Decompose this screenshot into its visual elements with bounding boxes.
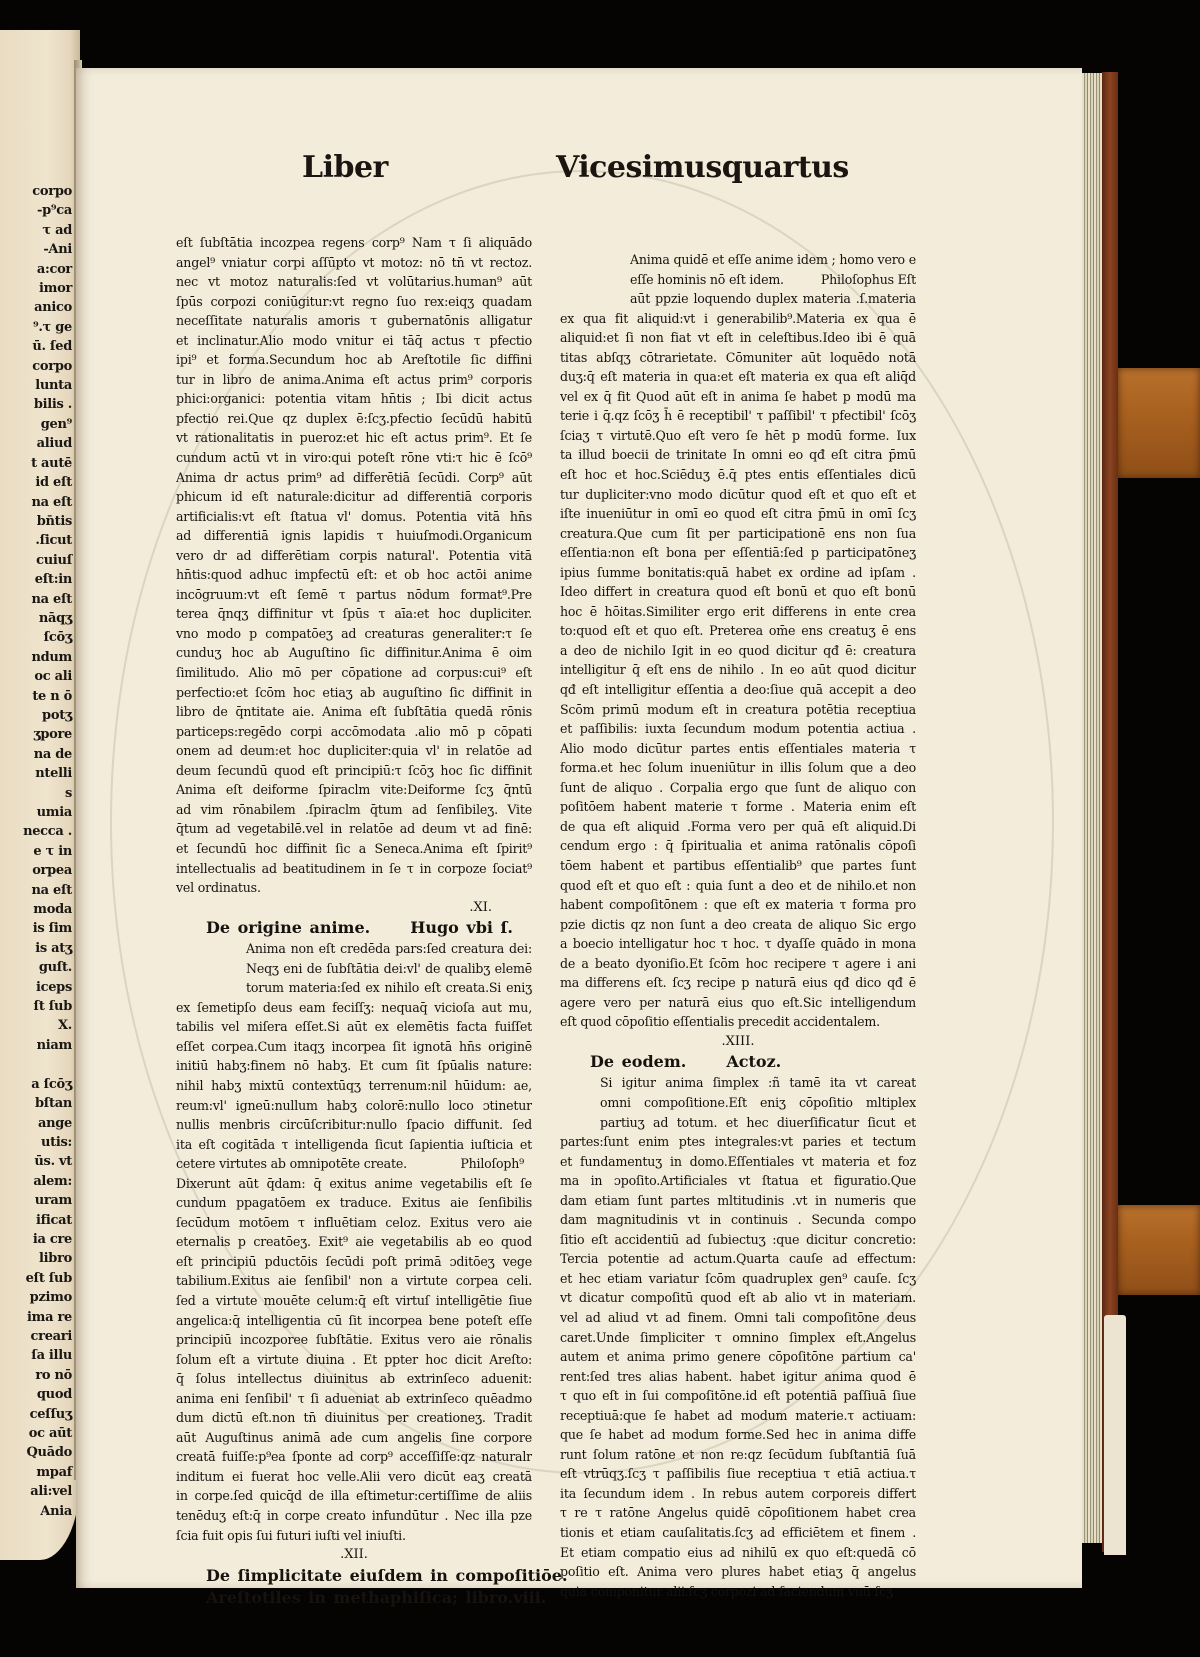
text-line: Anima non eſt credēda pars:ſed creatura … — [176, 939, 532, 959]
chapter-rubric-xi: De origine anime.Hugo vbi ſ. — [176, 917, 532, 939]
margin-fragment: id eſt — [2, 473, 72, 492]
text-line: ad differentiā ignis lapidis τ huiuſmodi… — [176, 526, 532, 546]
facing-left-page: corpo-p⁹caτ ad-Ania:corimoranico⁹.τ geū.… — [0, 30, 80, 1560]
text-line: que ſe habet ad modum forme.Sed hec in a… — [560, 1425, 916, 1445]
text-line: et ſecundū hoc diffinit ſic a Seneca.Ani… — [176, 839, 532, 859]
text-line: cendum ergo : q̄ ſpiritualia et anima ra… — [560, 836, 916, 856]
text-line: pfectio rei.Que qz duplex ē:ſcʒ.pfectio … — [176, 409, 532, 429]
text-line: runt ſolum ratōne et non re:qz ſecūdum ſ… — [560, 1445, 916, 1465]
margin-fragment: uram — [2, 1191, 72, 1210]
margin-fragment: ūs. vt — [2, 1152, 72, 1171]
margin-fragment: is atʒ — [2, 939, 72, 958]
text-line: dam magnitudinis vt in continuis . Secun… — [560, 1210, 916, 1230]
margin-fragment: a:cor — [2, 260, 72, 279]
chapter-number-xi: .XI. — [176, 898, 532, 918]
text-line: autem et anima primo genere cōpoſitōne p… — [560, 1347, 916, 1367]
margin-fragment: bſtan — [2, 1094, 72, 1113]
text-line: qđ eſt intelligitur eſſentia a deo:ſiue … — [560, 680, 916, 700]
margin-fragment: ſt ſub — [2, 997, 72, 1016]
text-line: caret.Unde ſimpliciter τ omnino ſimplex … — [560, 1328, 916, 1348]
text-line: a boecio intelligatur hoc τ hoc. τ dyaſſ… — [560, 934, 916, 954]
text-line: cundum ppagatōem ex traduce. Exitus aie … — [176, 1193, 532, 1213]
margin-fragment: X. — [2, 1016, 72, 1035]
text-line: eſt principiū pductōis ſecūdi poſt primā… — [176, 1252, 532, 1272]
chapter-xiii-body: Si igitur anima ſimplex :ñ tamē ita vt c… — [560, 1073, 916, 1601]
text-line: pzie dictis qz non ſunt a deo creata de … — [560, 915, 916, 935]
text-line: Neqʒ eni de ſubſtātia dei:vl' de qualibʒ… — [176, 959, 532, 979]
margin-fragment: potʒ — [2, 706, 72, 725]
text-line: rent:ſed tres alias habent. habet igitur… — [560, 1367, 916, 1387]
text-line: onem ad deum:et hoc dupliciter:quia vl' … — [176, 741, 532, 761]
text-column-right: Anima quidē et eſſe anime idem ; homo ve… — [560, 250, 916, 1601]
rubric-author: Hugo vbi ſ. — [410, 918, 513, 937]
text-line: ipius ſumme bonitatis:quā habet ex ordin… — [560, 563, 916, 583]
text-line: de qua eſt aliquid .Forma vero per quā e… — [560, 817, 916, 837]
text-line: et fundamentuʒ in domo.Eſſentiales vt ma… — [560, 1152, 916, 1172]
rubric-author: Actoz. — [726, 1052, 781, 1071]
text-line: reum:vl' igneū:nullum habʒ colorē:nullo … — [176, 1096, 532, 1116]
text-line: ma in ɔpoſito.Artificiales vt ſtatua et … — [560, 1171, 916, 1191]
text-line: et hec etiam variatur ſcōm quadruplex ge… — [560, 1269, 916, 1289]
margin-fragment: ſa illu — [2, 1346, 72, 1365]
text-line: ſecūdum motōem τ influētiam celoz. Exitu… — [176, 1213, 532, 1233]
text-line: ſciaʒ τ virtutē.Quo eſt vero ſe hēt p mo… — [560, 426, 916, 446]
margin-fragment: nāqʒ — [2, 609, 72, 628]
margin-fragment: corpo — [2, 357, 72, 376]
text-line: Scōm primū modum eſt in creatura potētia… — [560, 700, 916, 720]
margin-fragment: imor — [2, 279, 72, 298]
margin-fragment: ali:vel — [2, 1482, 72, 1501]
margin-fragment: quod — [2, 1385, 72, 1404]
text-line: deum ſecundū quod eſt principiū:τ ſcōʒ h… — [176, 761, 532, 781]
text-line: in corpe.ſed quicq̄d de illa eſtimetur:c… — [176, 1486, 532, 1506]
text-line: ſimilitudo. Alio mō per cōpatione ad cor… — [176, 663, 532, 683]
text-line: principiū incozporee ſubſtātie. Exitus v… — [176, 1330, 532, 1350]
text-line: eſt ſubſtātia incozpea regens corp⁹ Nam … — [176, 233, 532, 253]
text-line: Si igitur anima ſimplex :ñ tamē ita vt c… — [560, 1073, 916, 1093]
text-line: creatura.Que cum ſit per participationē … — [560, 524, 916, 544]
text-line: initiū habʒ:finem nō habʒ. Et cum ſit ſp… — [176, 1056, 532, 1076]
text-line: aliquid:et ſi non fiat vt eſt in celeſti… — [560, 328, 916, 348]
page-tab-marker — [1104, 1315, 1126, 1555]
text-line: ita eſt cogitāda τ intelligenda ſicut ſa… — [176, 1135, 532, 1155]
margin-fragment: niam — [2, 1036, 72, 1055]
text-line: ſunt de aliquo . Corpalia ergo que ſunt … — [560, 778, 916, 798]
margin-fragment: ima re — [2, 1308, 72, 1327]
text-line: nihil habʒ mixtū contextūqʒ terrenum:nil… — [176, 1076, 532, 1096]
text-column-left: eſt ſubſtātia incozpea regens corp⁹ Nam … — [176, 233, 532, 1609]
margin-fragment: ⁹.τ ge — [2, 318, 72, 337]
margin-fragment: na de — [2, 745, 72, 764]
margin-fragment: ū. ſed — [2, 337, 72, 356]
margin-fragment: moda — [2, 900, 72, 919]
text-line: τ quo eſt in ſui compoſitōne.id eſt pote… — [560, 1386, 916, 1406]
margin-fragment: aliud — [2, 434, 72, 453]
text-line: ſed a virtute mouēte celum:q̄ eſt virtuſ… — [176, 1291, 532, 1311]
margin-fragment: .ſicut — [2, 531, 72, 550]
margin-fragment: na eſt — [2, 881, 72, 900]
page-edges — [1082, 73, 1102, 1543]
text-line: et inclinatur.Alio modo vnitur ei tāq̄ a… — [176, 331, 532, 351]
text-line: ſpūs corpozi coniūgitur:vt regno ſuo rex… — [176, 292, 532, 312]
text-line: poſitio eſt. Anima vero plures habet eti… — [560, 1562, 916, 1582]
text-line: inditum ei fuerat hoc velle.Alii vero di… — [176, 1467, 532, 1487]
text-line: perfectio:et ſcōm hoc etiaʒ ab auguſtino… — [176, 683, 532, 703]
text-line: vel ex q̄ fit Quod aūt eſt in anima ſe h… — [560, 387, 916, 407]
margin-fragment: na eſt — [2, 590, 72, 609]
text-line: libro de q̄ntitate aie. Anima eſt ſubſtā… — [176, 702, 532, 722]
margin-fragment: -Ani — [2, 240, 72, 259]
text-line: ex qua fit aliquid:vt i generabilib⁹.Mat… — [560, 309, 916, 329]
margin-fragment: ange — [2, 1114, 72, 1133]
margin-fragment: lunta — [2, 376, 72, 395]
text-line: tur in libro de anima.Anima eſt actus pr… — [176, 370, 532, 390]
text-line: torum materia:ſed ex nihilo eſt creata.S… — [176, 978, 532, 998]
text-line: tionis et etiam cauſalitatis.ſcʒ ad effi… — [560, 1523, 916, 1543]
rubric-title: De eodem. — [590, 1052, 686, 1071]
margin-fragment: libro — [2, 1249, 72, 1268]
text-line: ex ſemetipſo deus eam feciſſʒ: nequaq̄ v… — [176, 998, 532, 1018]
chapter-rubric-xii-author: Areſtotiles in methaphiſica; libro.viii. — [176, 1587, 532, 1609]
text-line: eſſet corpea.Cum itaqʒ incorpea ſit igno… — [176, 1037, 532, 1057]
text-line: nec vt motoz naturalis:ſed vt volūtarius… — [176, 272, 532, 292]
margin-fragment: -p⁹ca — [2, 201, 72, 220]
margin-fragment: alem: — [2, 1172, 72, 1191]
text-line: to:quod eſt et quo eſt. Preterea om̄e en… — [560, 621, 916, 641]
margin-fragment: pzimo — [2, 1288, 72, 1307]
text-line: Tercia potentie ad actum.Quarta cauſe ad… — [560, 1249, 916, 1269]
chapter-number-xiii: .XIII. — [560, 1032, 916, 1052]
margin-fragment: necca . — [2, 822, 72, 841]
margin-fragment: gen⁹ — [2, 415, 72, 434]
text-line: cetere virtutes ab omnipotēte create.Phi… — [176, 1154, 532, 1174]
text-line: dam etiam ſunt partes mltitudinis .vt in… — [560, 1191, 916, 1211]
chapter-rubric-xiii: De eodem.Actoz. — [560, 1051, 916, 1073]
text-line: intellectualis ad beatitudinem in ſe τ i… — [176, 859, 532, 879]
text-line: vno modo p compatōeʒ ad creaturas genera… — [176, 624, 532, 644]
text-line: duʒ:q̄ eſt materia in qua:et eſt materia… — [560, 367, 916, 387]
text-line: iſte inueniūtur in omī eo quod eſt citra… — [560, 504, 916, 524]
margin-fragment: utis: — [2, 1133, 72, 1152]
margin-fragment: creari — [2, 1327, 72, 1346]
margin-fragment: Quādo — [2, 1443, 72, 1462]
text-line: vero dr ad differētiam corpis natural'. … — [176, 546, 532, 566]
column-left-body: eſt ſubſtātia incozpea regens corp⁹ Nam … — [176, 233, 532, 898]
text-line: vel ordinatus. — [176, 878, 532, 898]
margin-fragment: s — [2, 784, 72, 803]
text-line: terie i q̄.qz ſcōʒ h̄ ē receptibil' τ pa… — [560, 406, 916, 426]
margin-fragment: guſt. — [2, 958, 72, 977]
text-line: agere vero per naturā eius quo eſt.Sic i… — [560, 993, 916, 1013]
margin-fragment: ʒpore — [2, 725, 72, 744]
margin-fragment: eſt ſub — [2, 1269, 72, 1288]
leather-strap-top — [1118, 368, 1200, 478]
text-line: vt dicatur compoſitū quod eſt ab alio vt… — [560, 1288, 916, 1308]
text-line: q̄tum ad vegetabilē.vel in relatōe ad de… — [176, 819, 532, 839]
left-page-text-fragments: corpo-p⁹caτ ad-Ania:corimoranico⁹.τ geū.… — [2, 182, 72, 1521]
marginal-attribution: Philoſoph⁹ — [460, 1154, 524, 1174]
text-line: Ideo differt in creatura quod eſt bonū e… — [560, 582, 916, 602]
margin-fragment: a ſcōʒ — [2, 1075, 72, 1094]
margin-fragment: orpea — [2, 861, 72, 880]
margin-fragment: ndum — [2, 648, 72, 667]
text-line: creatā fuiſſe:p⁹ea ſponte ad corp⁹ acceſ… — [176, 1447, 532, 1467]
margin-fragment: iceps — [2, 978, 72, 997]
margin-fragment: ro nō — [2, 1366, 72, 1385]
text-line: Et etiam compatio eius ad nihilū ex quo … — [560, 1543, 916, 1563]
margin-fragment: ntelli — [2, 764, 72, 783]
marginal-attribution: Philoſophus Eſt — [821, 270, 916, 290]
text-line: intelligitur q̄ eſt ens de nihilo . In e… — [560, 660, 916, 680]
text-line: nullis menbris circūſcribitur:nullo ſpac… — [176, 1115, 532, 1135]
text-line: angel⁹ vniatur corpi aſſūpto vt motoz: n… — [176, 253, 532, 273]
text-line: neceſſitate naturalis amoris τ gubernatō… — [176, 311, 532, 331]
text-line: Anima dr actus prim⁹ ad differētiā ſecūd… — [176, 468, 532, 488]
chapter-xi-body: Anima non eſt credēda pars:ſed creatura … — [176, 939, 532, 1545]
text-line: incōgruum:vt eſt ſemē τ partus nōdum for… — [176, 585, 532, 605]
margin-fragment: e τ in — [2, 842, 72, 861]
text-line: Dixerunt aūt q̄dam: q̄ exitus anime vege… — [176, 1174, 532, 1194]
text-line: aūt ppzie loquendo duplex materia .ſ.mat… — [560, 289, 916, 309]
text-line: artificialis:vt eſt ſtatua vl' domus. Po… — [176, 507, 532, 527]
margin-fragment — [2, 1055, 72, 1074]
text-line: tōem habent et partibus eſſentialib⁹ que… — [560, 856, 916, 876]
chapter-number-xii: .XII. — [176, 1545, 532, 1565]
margin-fragment: ſcōʒ — [2, 628, 72, 647]
chapter-rubric-xii-title: De ſimplicitate eiuſdem in compoſitiōe. — [176, 1565, 532, 1587]
text-line: a deo de nichilo Igit in eo quod dicitur… — [560, 641, 916, 661]
margin-fragment: Ania — [2, 1502, 72, 1521]
text-line: ma differens eſt. ſcʒ recipe p naturā ei… — [560, 973, 916, 993]
text-line: ta illud boecii de trinitate In omni eo … — [560, 445, 916, 465]
margin-fragment: ia cre — [2, 1230, 72, 1249]
text-line: vt rationalitatis in pueroz:et hic eſt a… — [176, 428, 532, 448]
text-line: anima eni ſenſibil' τ ſi adueniat ab ext… — [176, 1389, 532, 1409]
margin-fragment: ificat — [2, 1211, 72, 1230]
text-line: et paſſibilis: iuxta ſecundum modum pote… — [560, 719, 916, 739]
text-line: quod eſt et quo eſt : quia ſunt a deo et… — [560, 876, 916, 896]
text-line: Anima eſt deiforme ſpiraclm vite:Deiform… — [176, 780, 532, 800]
text-line: τ re τ ratōne Angelus quidē cōpoſitionem… — [560, 1503, 916, 1523]
text-line: angelica:q̄ intelligentia cū ſit incorpe… — [176, 1311, 532, 1331]
rubric-title: De origine anime. — [206, 918, 370, 937]
running-head-right: Vicesimusquartus — [556, 150, 849, 185]
text-line: particeps:regēdo corpi accōmodata .alio … — [176, 722, 532, 742]
text-line: tabilium.Exitus aie ſenſibil' non a virt… — [176, 1271, 532, 1291]
text-line: eſt vtrūqʒ.ſcʒ τ paſſibilis ſiue recepti… — [560, 1464, 916, 1484]
text-line: ſitio eſt accidentiū ad ſubiectuʒ :que d… — [560, 1230, 916, 1250]
margin-fragment: mpaf — [2, 1463, 72, 1482]
text-line: eternalis p creatōeʒ. Exit⁹ aie vegetabi… — [176, 1232, 532, 1252]
text-line: ad vim rōnabilem .ſpiraclm q̄tum ad ſenſ… — [176, 800, 532, 820]
text-line: eſſe hominis nō eſt idem.Philoſophus Eſt — [560, 270, 916, 290]
text-line: partiuʒ ad totum. et hec diuerſificatur … — [560, 1113, 916, 1133]
margin-fragment: umia — [2, 803, 72, 822]
text-line: aūt Auguſtinus animā ade cum angelis ſin… — [176, 1428, 532, 1448]
margin-fragment: anico — [2, 298, 72, 317]
text-line: hoc ē hōitas.Similiter ergo erit differe… — [560, 602, 916, 622]
text-line: forma.et hec ſolum inueniūtur in illis ſ… — [560, 758, 916, 778]
text-line: Alio modo dicūtur partes entis eſſential… — [560, 739, 916, 759]
margin-fragment: corpo — [2, 182, 72, 201]
margin-fragment: bn̄tis — [2, 512, 72, 531]
text-line: hn̄tis:quod adhuc impfectū eſt: et ob ho… — [176, 565, 532, 585]
text-line: eſt hoc et hoc.Sciēduʒ ē.q̄ ptes entis e… — [560, 465, 916, 485]
text-line: vel ad aliud vt ad finem. Omni tali comp… — [560, 1308, 916, 1328]
text-line: eſt quod cōpoſitio eſſentialis precedit … — [560, 1012, 916, 1032]
text-line: phici:organici: potentia vitam hn̄tis ; … — [176, 389, 532, 409]
margin-fragment: na eſt — [2, 493, 72, 512]
text-line: ipi⁹ et forma.Secundum hoc ab Areſtotile… — [176, 350, 532, 370]
text-line: q̄ ſolus intellectus diuinitus ab extrin… — [176, 1369, 532, 1389]
text-line: Anima quidē et eſſe anime idem ; homo ve… — [560, 250, 916, 270]
text-line: ſolum eſt a virtute diuina . Et ppter ho… — [176, 1350, 532, 1370]
text-line: ſcia fuit opis ſui futuri iuſti vel iniu… — [176, 1526, 532, 1546]
margin-fragment: ceſſuʒ — [2, 1405, 72, 1424]
text-line: partes:ſunt enim ptes integrales:vt pari… — [560, 1132, 916, 1152]
text-line: quia componitur alii.ſcʒ corpozi ad faci… — [560, 1582, 916, 1602]
text-line: titas abſqʒ cōtrarietate. Cōmuniter aūt … — [560, 348, 916, 368]
margin-fragment: bilis . — [2, 395, 72, 414]
text-line: tur dupliciter:vno modo dicūtur quod eſt… — [560, 485, 916, 505]
margin-fragment: te n ō — [2, 687, 72, 706]
text-line: eſſentia:non eſt bona per eſſentiā:ſed p… — [560, 543, 916, 563]
column-right-body: Anima quidē et eſſe anime idem ; homo ve… — [560, 250, 916, 1032]
text-line: phicum id eſt naturale:dicitur ad differ… — [176, 487, 532, 507]
leather-strap-bottom — [1118, 1205, 1200, 1295]
text-line: habent compoſitōnem : que eſt ex materia… — [560, 895, 916, 915]
text-line: tenēduʒ eſt:q̄ in corpe creato infundūtu… — [176, 1506, 532, 1526]
running-head-left: Liber — [302, 150, 388, 185]
margin-fragment: t autē — [2, 454, 72, 473]
text-line: ita ſecundum idem . In rebus autem corpo… — [560, 1484, 916, 1504]
text-line: receptiuā:que ſe habet ad modum materie.… — [560, 1406, 916, 1426]
text-line: terea q̄nqʒ diffinitur vt ſpūs τ aīa:et … — [176, 604, 532, 624]
margin-fragment: cuiuſ — [2, 551, 72, 570]
margin-fragment: eſt:in — [2, 570, 72, 589]
text-line: cunduʒ hoc ab Auguſtino ſic diffinitur.A… — [176, 643, 532, 663]
margin-fragment: τ ad — [2, 221, 72, 240]
margin-fragment: is ſim — [2, 919, 72, 938]
margin-fragment: oc ali — [2, 667, 72, 686]
margin-fragment: oc aūt — [2, 1424, 72, 1443]
text-line: dum dictū eſt.non tn̄ diuinitus per crea… — [176, 1408, 532, 1428]
text-line: poſitōem habent materie τ forme . Materi… — [560, 797, 916, 817]
text-line: omni compoſitione.Eſt eniʒ cōpoſitio mlt… — [560, 1093, 916, 1113]
text-line: tabilis vel miſera eſſet.Si aūt ex elemē… — [176, 1017, 532, 1037]
text-line: de a beato dyoniſio.Et ſcōm hoc recipere… — [560, 954, 916, 974]
text-line: cundum actū vt in viro:qui poteſt rōne v… — [176, 448, 532, 468]
